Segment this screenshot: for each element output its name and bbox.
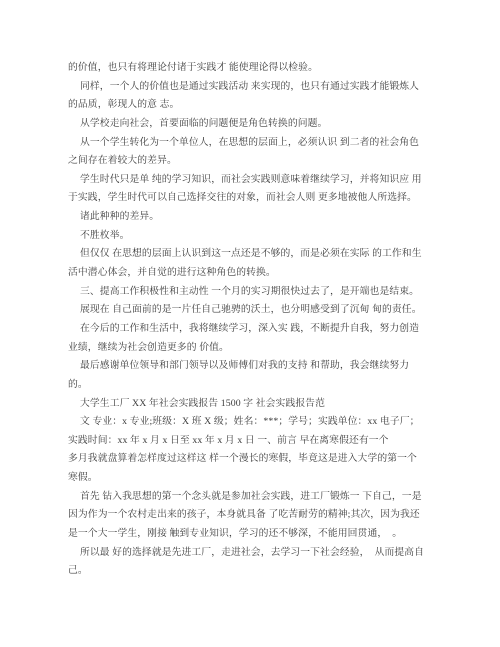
text-line: 己。: [68, 562, 438, 581]
text-line: 诸此种种的差异。: [68, 208, 438, 227]
text-line: 的品质，彰现人的意 志。: [68, 96, 438, 115]
document-page: 的价值，也只有将理论付诸于实践才 能使理论得以检验。同样，一个人的价值也是通过实…: [0, 0, 500, 647]
text-line: 所以最 好的选择就是先进工厂，走进社会，去学习一下社会经验， 从而提高自: [68, 544, 438, 563]
text-line: 多月我就盘算着怎样度过这样这 样一个漫长的寒假，毕竟这是进入大学的第一个: [68, 450, 438, 469]
text-line: 的。: [68, 376, 438, 395]
text-line: 展现在 自己面前的是一片任自己驰骋的沃土，也分明感受到了沉甸 甸的责任。: [68, 301, 438, 320]
text-line: 在今后的工作和生活中，我将继续学习，深入实 践，不断提升自我，努力创造: [68, 320, 438, 339]
text-line: 是一个大一学生，刚接 触到专业知识，学习的还不够深，不能用回贯通， 。: [68, 525, 438, 544]
text-line: 实践时间：xx 年 x 月 x 日至 xx 年 x 月 x 日 一、前言 早在离…: [68, 432, 438, 451]
text-line: 的价值，也只有将理论付诸于实践才 能使理论得以检验。: [68, 59, 438, 78]
text-line: 大学生工厂 XX 年社会实践报告 1500 字 社会实践报告范: [68, 395, 438, 414]
document-text-block: 的价值，也只有将理论付诸于实践才 能使理论得以检验。同样，一个人的价值也是通过实…: [68, 59, 438, 581]
text-line: 但仅仅 在思想的层面上认识到这一点还是不够的，而是必须在实际 的工作和生: [68, 245, 438, 264]
text-line: 三、提高工作积极性和主动性 一个月的实习期很快过去了，是开端也是结束。: [68, 283, 438, 302]
text-line: 同样，一个人的价值也是通过实践活动 来实现的，也只有通过实践才能锻炼人: [68, 78, 438, 97]
text-line: 文 专业：x 专业;班级：X 班 X 级；姓名：***；学号；实践单位：xx 电…: [68, 413, 438, 432]
text-line: 最后感谢单位领导和部门领导以及师傅们对我的支持 和帮助，我会继续努力: [68, 357, 438, 376]
text-line: 业绩，继续为社会创造更多的 价值。: [68, 339, 438, 358]
text-line: 寒假。: [68, 469, 438, 488]
text-line: 首先 钻入我思想的第一个念头就是参加社会实践，进工厂锻炼一 下自己，一是: [68, 488, 438, 507]
text-line: 从一个学生转化为一个单位人，在思想的层面上，必须认识 到二者的社会角色: [68, 134, 438, 153]
text-line: 之间存在着较大的差异。: [68, 152, 438, 171]
text-line: 从学校走向社会，首要面临的问题便是角色转换的问题。: [68, 115, 438, 134]
text-line: 活中潜心体会，并自觉的进行这种角色的转换。: [68, 264, 438, 283]
text-line: 因为作为一个农村走出来的孩子，本身就具备 了吃苦耐劳的精神;其次，因为我还: [68, 506, 438, 525]
text-line: 于实践，学生时代可以自己选择交往的对象，而社会人则 更多地被他人所选择。: [68, 189, 438, 208]
text-line: 不胜枚举。: [68, 227, 438, 246]
text-line: 学生时代只是单 纯的学习知识，而社会实践则意味着继续学习，并将知识应 用: [68, 171, 438, 190]
